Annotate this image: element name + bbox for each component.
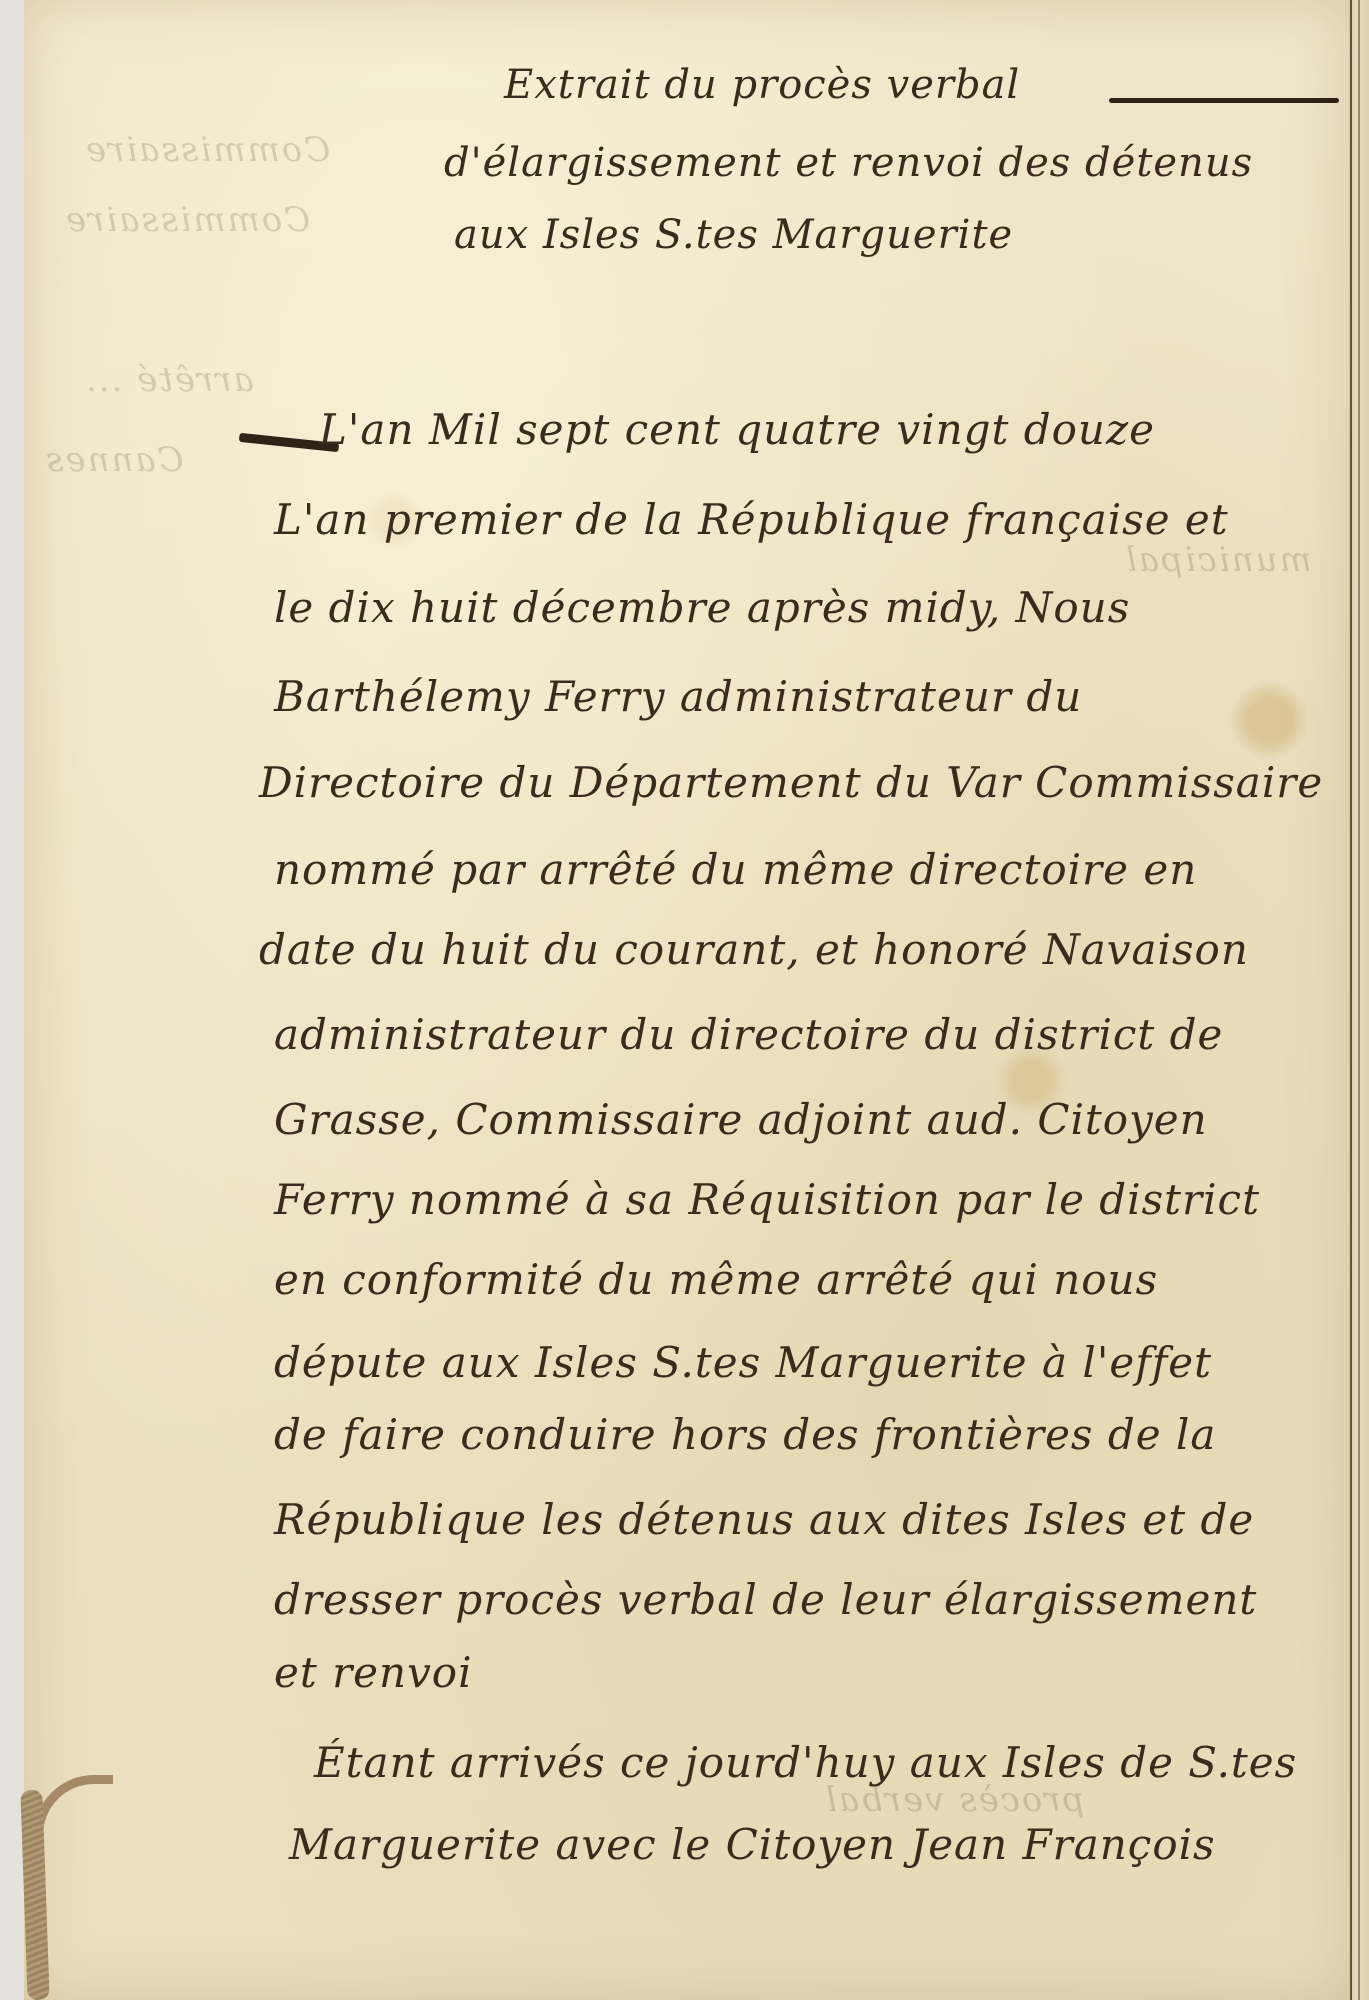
body-line: en conformité du même arrêté qui nous — [274, 1255, 1158, 1304]
title-line-1: Extrait du procès verbal — [504, 62, 1020, 108]
bleed-through-text: Cannes — [44, 440, 184, 480]
bleed-through-text: arrêté ... — [84, 360, 254, 400]
body-line: Barthélemy Ferry administrateur du — [274, 672, 1082, 721]
manuscript-page: Commissaire Commissaire arrêté ... Canne… — [24, 0, 1349, 2000]
body-line: date du huit du courant, et honoré Navai… — [259, 925, 1249, 974]
body-line: Directoire du Département du Var Commiss… — [259, 758, 1323, 807]
page-edge-line — [1350, 0, 1352, 2000]
body-line: députe aux Isles S.tes Marguerite à l'ef… — [274, 1338, 1212, 1387]
body-line: Grasse, Commissaire adjoint aud. Citoyen — [274, 1095, 1208, 1144]
title-line-3: aux Isles S.tes Marguerite — [454, 212, 1013, 258]
body-line: et renvoi — [274, 1648, 473, 1697]
title-line-2: d'élargissement et renvoi des détenus — [444, 140, 1253, 186]
body-line: République les détenus aux dites Isles e… — [274, 1495, 1254, 1544]
body-line: de faire conduire hors des frontières de… — [274, 1410, 1216, 1459]
body-line: Marguerite avec le Citoyen Jean François — [289, 1820, 1216, 1869]
bleed-through-text: Commissaire — [84, 130, 330, 170]
body-line: Étant arrivés ce jourd'huy aux Isles de … — [314, 1738, 1297, 1787]
bleed-through-text: Commissaire — [64, 200, 310, 240]
body-line: le dix huit décembre après midy, Nous — [274, 583, 1130, 632]
body-line: Ferry nommé à sa Réquisition par le dist… — [274, 1175, 1260, 1224]
body-line: nommé par arrêté du même directoire en — [274, 845, 1197, 894]
page-edge-line — [1358, 0, 1360, 2000]
line-end-flourish — [1109, 98, 1339, 103]
body-line: L'an Mil sept cent quatre vingt douze — [319, 405, 1155, 454]
body-line: L'an premier de la République française … — [274, 495, 1229, 544]
body-line: dresser procès verbal de leur élargissem… — [274, 1575, 1257, 1624]
body-line: administrateur du directoire du district… — [274, 1010, 1223, 1059]
bleed-through-text: municipal — [1124, 540, 1312, 580]
